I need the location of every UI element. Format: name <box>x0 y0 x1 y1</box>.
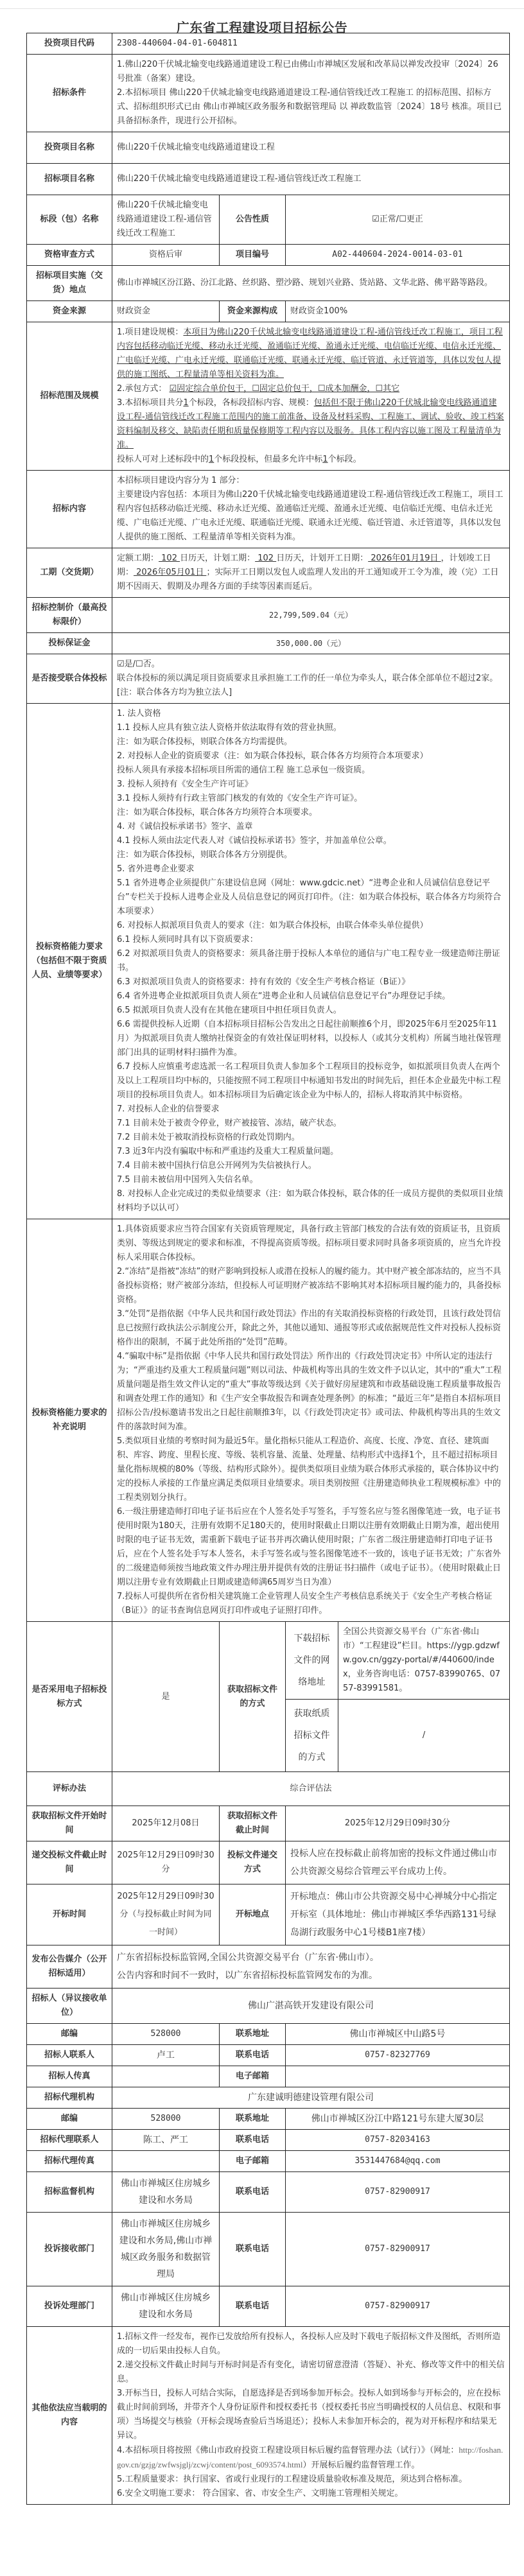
location-value: 佛山市禅城区汾江路、汾江北路、丝织路、塑沙路、规划兴业路、货站路、文华北路、佛平… <box>112 266 510 301</box>
tenderer-postcode-label: 邮编 <box>27 2024 112 2045</box>
row-control-price: 招标控制价（最高投标限价） 22,799,509.04（元） <box>27 598 510 633</box>
qualification-line: 6.4 省外进粤企业拟派项目负责人须在“进粤企业和人员诚信信息登记平台”办理登记… <box>117 989 505 1004</box>
plan-days: 102 <box>255 553 276 563</box>
row-evaluation: 评标办法 综合评估法 <box>27 1772 510 1806</box>
qualification-note: 4.“骗取中标”是指依据《中华人民共和国行政处罚法》所作出的《行政处罚决定书》中… <box>117 1350 505 1434</box>
qualification-label: 投标资格能力要求（包括但不限于资质人员、业绩等要求） <box>27 704 112 1219</box>
tender-project-name-value: 佛山220千伏城北输变电线路通道建设工程-通信管线迁改工程施工 <box>112 164 510 195</box>
complaint-handle-phone-value: 0757-82900917 <box>286 2286 510 2327</box>
row-complaint-handle: 投诉处理部门 佛山市禅城区住房城乡建设和水务局 联系电话 0757-829009… <box>27 2286 510 2327</box>
qualification-line: 7.3 近3年内没有骗取中标和严重违约及重大工程质量问题。 <box>117 1145 505 1159</box>
complaint-receive-value: 佛山市禅城区住房城乡建设和水务局,佛山市禅城区政务服务和数据管理局 <box>112 2213 220 2286</box>
paper-documents-label: 获取纸质招标文件的方式 <box>286 1700 338 1772</box>
row-supervision: 招标监督机构 佛山市禅城区住房城乡建设和水务局 联系电话 0757-829009… <box>27 2172 510 2213</box>
row-section-name: 标段（包）名称 佛山220千伏城北输变电线路通道建设工程-通信管线迁改工程施工 … <box>27 195 510 245</box>
qualification-note: 3.“处罚”是指依据《中华人民共和国行政处罚法》作出的有关取消投标资格的行政处罚… <box>117 1307 505 1350</box>
qualification-notes-label: 投标资格能力要求的补充说明 <box>27 1219 112 1622</box>
row-tender-project-name: 招标项目名称 佛山220千伏城北输变电线路通道建设工程-通信管线迁改工程施工 <box>27 164 510 195</box>
row-tender-conditions: 招标条件 1.佛山220千伏城北输变电线路通道建设工程已由佛山市禅城区发展和改革… <box>27 55 510 132</box>
complaint-receive-label: 投诉接收部门 <box>27 2213 112 2286</box>
agency-phone-value: 0757-82034163 <box>286 2130 510 2151</box>
consortium-value: ☑是/☐否。 联合体投标的须以满足项目资质要求且承担施工工作的任一单位为牵头人，… <box>112 654 510 704</box>
media-line: 广东省招标投标监管网,全国公共资源交易平台（广东省·佛山市）。 <box>117 1949 505 1967</box>
row-qualification: 投标资格能力要求（包括但不限于资质人员、业绩等要求） 1. 法人资格 1.1 投… <box>27 704 510 1219</box>
consortium-choice: ☑是/☐否。 <box>117 657 505 672</box>
qualification-line: 2. 对投标人企业的资质要求（注：如为联合体投标，联合体各方均须符合本项要求） <box>117 749 505 763</box>
top-divider <box>0 0 524 9</box>
announcement-nature-value: ☑正常/☐更正 <box>286 195 510 245</box>
control-price-value: 22,799,509.04（元） <box>112 598 510 633</box>
other-label: 其他依法应当载明的内容 <box>27 2327 112 2505</box>
investment-code-label: 投资项目代码 <box>27 33 112 55</box>
row-agency-fax: 招标代理传真 电子邮箱 3531447684@qq.com <box>27 2151 510 2172</box>
row-tenderer: 招标人（异议接收单位） 佛山广湛高铁开发建设有限公司 <box>27 1989 510 2024</box>
qualification-line: 4. 对《诚信投标承诺书》签字、盖章 <box>117 820 505 834</box>
qualification-line: 6. 对投标人拟派项目负责人的要求（注：如为联合体投标，由联合体牵头单位提供） <box>117 919 505 933</box>
opening-place-label: 开标地点 <box>220 1884 286 1945</box>
funding-composition-label: 资金来源构成 <box>220 301 286 322</box>
qualification-line: 6.2 对拟派项目负责人的资格要求：须具备注册于投标人本单位的通信与广电工程专业… <box>117 947 505 975</box>
tenderer-phone-label: 联系电话 <box>220 2045 286 2066</box>
row-scope: 招标范围及规模 1.项目建设规模：本项目为佛山220千伏城北输变电线路通道建设工… <box>27 322 510 471</box>
agency-person-label: 招标代理联系人 <box>27 2130 112 2151</box>
bid-bond-value: 350,000.00（元） <box>112 633 510 654</box>
announcement-nature-label: 公告性质 <box>220 195 286 245</box>
agency-phone-label: 联系电话 <box>220 2130 286 2151</box>
qualification-line: 6.6 需提供投标人近期（自本招标项目招标公告发出之日起往前顺推6个月，即202… <box>117 1018 505 1060</box>
tender-announcement-table: 投资项目代码 2308-440604-04-01-604811 招标条件 1.佛… <box>26 33 510 2505</box>
qualification-line: 注：如为联合体投标，则联合体各方均需提供。 <box>117 735 505 749</box>
content-line: 本招标项目建设内容分为 1 部分： <box>117 474 505 488</box>
supervision-label: 招标监督机构 <box>27 2172 112 2213</box>
row-e-bidding: 是否采用电子招标投标方式 是 获取招标文件的方式 下载招标文件的网络地址 全国公… <box>27 1622 510 1700</box>
obtain-start-value: 2025年12月08日 <box>112 1806 220 1841</box>
qualification-note: 5.类似项目业绩的考察时间为最近5年。量化指标只能从工程造价、高度、长度、净宽、… <box>117 1434 505 1505</box>
qualification-line: 1.1 投标人应具有独立法人资格并依法取得有效的营业执照。 <box>117 721 505 735</box>
project-number-value: A02-440604-2024-0014-03-01 <box>286 245 510 266</box>
page-bottom-spacer <box>0 2505 524 2538</box>
row-agency: 招标代理机构 广东建诚明德建设管理有限公司 <box>27 2087 510 2109</box>
row-complaint-receive: 投诉接收部门 佛山市禅城区住房城乡建设和水务局,佛山市禅城区政务服务和数据管理局… <box>27 2213 510 2286</box>
qualification-review-value: 资格后审 <box>112 245 220 266</box>
media-label: 发布公告媒介（公开招标适用） <box>27 1945 112 1989</box>
funding-label: 资金来源 <box>27 301 112 322</box>
end-date: 2026年05月01日 <box>134 568 206 577</box>
tenderer-label: 招标人（异议接收单位） <box>27 1989 112 2024</box>
agency-person-value: 陈工、严工 <box>112 2130 220 2151</box>
row-qualification-review: 资格审查方式 资格后审 项目编号 A02-440604-2024-0014-03… <box>27 245 510 266</box>
paper-documents-value: / <box>338 1700 510 1772</box>
consortium-note: 联合体投标的须以满足项目资质要求且承担施工工作的任一单位为牵头人，联合体全部单位… <box>117 672 505 700</box>
project-number-label: 项目编号 <box>220 245 286 266</box>
qualification-line: 注：如为联合体投标，则联合体各方分别提供。 <box>117 848 505 862</box>
qualification-line: 3.1 投标人须持有行政主管部门核发的有效的《安全生产许可证》。 <box>117 792 505 806</box>
row-media: 发布公告媒介（公开招标适用） 广东省招标投标监管网,全国公共资源交易平台（广东省… <box>27 1945 510 1989</box>
agency-value: 广东建诚明德建设管理有限公司 <box>112 2087 510 2109</box>
other-line: 5.工程质量要求：执行国家、省或行业现行的工程建设质量验收标准及规范，须达到合格… <box>117 2473 505 2487</box>
scope-line-2-prefix: 2.承包方式： <box>117 384 166 394</box>
qualification-line: 7.5 目前未被信用中国列入失信名单。 <box>117 1173 505 1187</box>
media-line: 公告内容和时间不一致时，以广东省招标投标监管网发布的为准。 <box>117 1967 505 1985</box>
qualification-line: 7.1 目前未处于被责令停业，财产被接管、冻结，破产状态。 <box>117 1117 505 1131</box>
complaint-receive-phone-value: 0757-82900917 <box>286 2213 510 2286</box>
duration-text: 日历天，计划工期： <box>180 553 255 563</box>
investment-name-label: 投资项目名称 <box>27 132 112 164</box>
tenderer-email-label: 电子邮箱 <box>220 2066 286 2087</box>
page-title: 广东省工程建设项目招标公告 <box>0 9 524 33</box>
qualification-line: 8. 对投标人企业完成过的类似业绩要求（注：如为联合体投标，联合体的任一成员方提… <box>117 1187 505 1215</box>
consortium-label: 是否接受联合体投标 <box>27 654 112 704</box>
scope-line-4-c: 个标段。 <box>328 455 362 464</box>
other-line: 4.本招标项目将按照《佛山市政府投资工程建设项目标后履约监督管理办法（试行）》（… <box>117 2443 505 2473</box>
tenderer-value: 佛山广湛高铁开发建设有限公司 <box>112 1989 510 2024</box>
content-line: 主要建设内容包括：本项目为佛山220千伏城北输变电线路通道建设工程-通信管线迁改… <box>117 488 505 544</box>
content-value: 本招标项目建设内容分为 1 部分： 主要建设内容包括：本项目为佛山220千伏城北… <box>112 471 510 548</box>
duration-label: 工期（交货期） <box>27 548 112 598</box>
scope-line-4-a: 投标人可对上述标段中的 <box>117 455 209 464</box>
supervision-value: 佛山市禅城区住房城乡建设和水务局 <box>112 2172 220 2213</box>
tender-condition-line: 2.本招标项目 佛山220千伏城北输变电线路通道建设工程-通信管线迁改工程施工 … <box>117 86 505 128</box>
qualification-notes-value: 1.具体资质要求应当符合国家有关资质管理规定，具备行政主管部门核发的合法有效的资… <box>112 1219 510 1622</box>
qualification-value: 1. 法人资格 1.1 投标人应具有独立法人资格并依法取得有效的营业执照。 注：… <box>112 704 510 1219</box>
tender-conditions-value: 1.佛山220千伏城北输变电线路通道建设工程已由佛山市禅城区发展和改革局以禅发改… <box>112 55 510 132</box>
other-line: 1.招标文件一经发布，视作已发放给所有投标人，各投标人应及时下载电子版招标文件及… <box>117 2330 505 2358</box>
qualification-line: 5. 省外进粤企业要求 <box>117 862 505 876</box>
contract-type-options: ☑固定综合单价包干，☐固定总价包干，☐成本加酬金，☐其它 <box>170 384 400 394</box>
content-label: 招标内容 <box>27 471 112 548</box>
media-value: 广东省招标投标监管网,全国公共资源交易平台（广东省·佛山市）。 公告内容和时间不… <box>112 1945 510 1989</box>
qualification-line: 7. 对投标人企业的信誉要求 <box>117 1102 505 1117</box>
location-label: 招标项目实施（交货）地点 <box>27 266 112 301</box>
qualification-note: 2.“冻结”是指被“冻结”的财产影响到投标人或潜在投标人的履约能力。其中财产被全… <box>117 1265 505 1307</box>
tenderer-address-value: 佛山市禅城区中山路5号 <box>286 2024 510 2045</box>
qualification-line: 1. 法人资格 <box>117 707 505 721</box>
other-line-4-suffix: ）开展标后履约监督管理工作。 <box>302 2460 419 2470</box>
qualification-line: 3. 投标人须持有《安全生产许可证》 <box>117 778 505 792</box>
qualification-line: 6.1 投标人须同时具有以下资质要求： <box>117 933 505 947</box>
row-agency-person: 招标代理联系人 陈工、严工 联系电话 0757-82034163 <box>27 2130 510 2151</box>
row-investment-code: 投资项目代码 2308-440604-04-01-604811 <box>27 33 510 55</box>
qualification-line: 投标人须具有承接本招标项目所需的通信工程 施工总承包一级资质。 <box>117 763 505 778</box>
tender-condition-line: 1.佛山220千伏城北输变电线路通道建设工程已由佛山市禅城区发展和改革局以禅发改… <box>117 58 505 86</box>
row-agency-postcode: 邮编 528000 联系地址 佛山市禅城区汾江中路121号东建大厦30层 <box>27 2109 510 2130</box>
complaint-handle-label: 投诉处理部门 <box>27 2286 112 2327</box>
scope-line-4-b: 个标段投标，但最多允许中标 <box>214 455 322 464</box>
qualification-line: 7.4 目前未被中国执行信息公开网列为失信被执行人。 <box>117 1159 505 1173</box>
supervision-phone-value: 0757-82900917 <box>286 2172 510 2213</box>
row-consortium: 是否接受联合体投标 ☑是/☐否。 联合体投标的须以满足项目资质要求且承担施工工作… <box>27 654 510 704</box>
opening-time-label: 开标时间 <box>27 1884 112 1945</box>
scope-value: 1.项目建设规模：本项目为佛山220千伏城北输变电线路通道建设工程-通信管线迁改… <box>112 322 510 471</box>
agency-fax-label: 招标代理传真 <box>27 2151 112 2172</box>
opening-time-value: 2025年12月29日09时30分（与投标截止时间为同一时间） <box>112 1884 220 1945</box>
e-bidding-value: 是 <box>112 1622 220 1772</box>
complaint-receive-phone-label: 联系电话 <box>220 2213 286 2286</box>
agency-email-label: 电子邮箱 <box>220 2151 286 2172</box>
tenderer-person-value: 卢工 <box>112 2045 220 2066</box>
scope-line-4: 投标人可对上述标段中的1个标段投标，但最多允许中标1个标段。 <box>117 453 505 467</box>
section-count: 1 <box>183 398 188 408</box>
section-name-label: 标段（包）名称 <box>27 195 112 245</box>
tenderer-fax-label: 招标人传真 <box>27 2066 112 2087</box>
evaluation-value: 综合评估法 <box>112 1772 510 1806</box>
evaluation-label: 评标办法 <box>27 1772 112 1806</box>
qualification-note: 6.一级注册建造师打印电子证书后应在个人签名处手写签名，手写签名应与签名图像笔迹… <box>117 1505 505 1590</box>
agency-label: 招标代理机构 <box>27 2087 112 2109</box>
bid-bond-label: 投标保证金 <box>27 633 112 654</box>
win-section-count: 1 <box>322 455 327 464</box>
duration-value: 定额工期： 102 日历天，计划工期： 102 日历天，计划开工日期： 2026… <box>112 548 510 598</box>
supervision-phone-label: 联系电话 <box>220 2172 286 2213</box>
scope-label: 招标范围及规模 <box>27 322 112 471</box>
agency-address-value: 佛山市禅城区汾江中路121号东建大厦30层 <box>286 2109 510 2130</box>
obtain-start-label: 获取招标文件开始时间 <box>27 1806 112 1841</box>
tenderer-person-label: 招标人联系人 <box>27 2045 112 2066</box>
row-tenderer-fax: 招标人传真 电子邮箱 <box>27 2066 510 2087</box>
row-funding: 资金来源 财政资金 资金来源构成 财政资金100% <box>27 301 510 322</box>
qualification-note: 7.投标人可提供所在省份相关建筑施工企业管理人员安全生产考核信息系统关于《安全生… <box>117 1590 505 1618</box>
scope-line-3-mid: 个标段，各标段招标内容、规模： <box>189 398 314 408</box>
control-price-label: 招标控制价（最高投标限价） <box>27 598 112 633</box>
obtain-end-label: 获取招标文件截止时间 <box>220 1806 286 1841</box>
start-date: 2026年01月19日 <box>368 553 441 563</box>
investment-code-value: 2308-440604-04-01-604811 <box>112 33 510 55</box>
funding-composition-value: 财政资金100% <box>286 301 510 322</box>
row-investment-name: 投资项目名称 佛山220千伏城北输变电线路通道建设工程 <box>27 132 510 164</box>
qualification-review-label: 资格审查方式 <box>27 245 112 266</box>
quota-days: 102 <box>159 553 180 563</box>
qualification-line: 注：如为联合体投标，联合体各方均须符合本项要求。 <box>117 806 505 820</box>
row-qualification-notes: 投标资格能力要求的补充说明 1.具体资质要求应当符合国家有关资质管理规定，具备行… <box>27 1219 510 1622</box>
obtain-end-value: 2025年12月29日09时30分 <box>286 1806 510 1841</box>
row-tenderer-person: 招标人联系人 卢工 联系电话 0757-82327769 <box>27 2045 510 2066</box>
submission-deadline-label: 递交投标文件截止时间 <box>27 1841 112 1884</box>
qualification-line: 6.5 拟派项目负责人没有在其他在建项目中担任项目负责人。 <box>117 1004 505 1018</box>
agency-postcode-value: 528000 <box>112 2109 220 2130</box>
row-duration: 工期（交货期） 定额工期： 102 日历天，计划工期： 102 日历天，计划开工… <box>27 548 510 598</box>
other-line: 6.安全文明施工要求： 符合国家、省、市安全生产、文明施工管理相关规定。 <box>117 2487 505 2501</box>
row-location: 招标项目实施（交货）地点 佛山市禅城区汾江路、汾江北路、丝织路、塑沙路、规划兴业… <box>27 266 510 301</box>
other-line: 2.递交投标文件截止时间与开标时间是否有变化，请密切留意澄清（答疑）、补充、修改… <box>117 2358 505 2387</box>
agency-fax-value <box>112 2151 220 2172</box>
agency-email-value[interactable]: 3531447684@qq.com <box>286 2151 510 2172</box>
scope-line-3-prefix: 3.本招标项目共分 <box>117 398 183 408</box>
row-submission: 递交投标文件截止时间 2025年12月29日09时30分 投标文件递交方式 投标… <box>27 1841 510 1884</box>
scope-line-1-prefix: 1.项目建设规模： <box>117 327 183 337</box>
tenderer-postcode-value: 528000 <box>112 2024 220 2045</box>
row-content: 招标内容 本招标项目建设内容分为 1 部分： 主要建设内容包括：本项目为佛山22… <box>27 471 510 548</box>
row-obtain-time: 获取招标文件开始时间 2025年12月08日 获取招标文件截止时间 2025年1… <box>27 1806 510 1841</box>
agency-postcode-label: 邮编 <box>27 2109 112 2130</box>
scope-line-1: 1.项目建设规模：本项目为佛山220千伏城北输变电线路通道建设工程-通信管线迁改… <box>117 326 505 382</box>
tenderer-fax-value <box>112 2066 220 2087</box>
e-bidding-label: 是否采用电子招标投标方式 <box>27 1622 112 1772</box>
complaint-handle-phone-label: 联系电话 <box>220 2286 286 2327</box>
submission-method-label: 投标文件递交方式 <box>220 1841 286 1884</box>
row-opening: 开标时间 2025年12月29日09时30分（与投标截止时间为同一时间） 开标地… <box>27 1884 510 1945</box>
qualification-note: 1.具体资质要求应当符合国家有关资质管理规定，具备行政主管部门核发的合法有效的资… <box>117 1223 505 1265</box>
tenderer-email-value <box>286 2066 510 2087</box>
row-bid-bond: 投标保证金 350,000.00（元） <box>27 633 510 654</box>
row-other: 其他依法应当载明的内容 1.招标文件一经发布，视作已发放给所有投标人，各投标人应… <box>27 2327 510 2505</box>
tenderer-phone-value: 0757-82327769 <box>286 2045 510 2066</box>
row-tenderer-postcode: 邮编 528000 联系地址 佛山市禅城区中山路5号 <box>27 2024 510 2045</box>
funding-value: 财政资金 <box>112 301 220 322</box>
qualification-line: 5.1 省外进粤企业须提供广东建设信息网（网址：www.gdcic.net）“进… <box>117 876 505 919</box>
agency-address-label: 联系地址 <box>220 2109 286 2130</box>
download-address-value[interactable]: 全国公共资源交易平台（广东省·佛山市）“工程建设”栏目。https://ygp.… <box>338 1622 510 1700</box>
submission-deadline-value: 2025年12月29日09时30分 <box>112 1841 220 1884</box>
other-line: 3.开标当日，投标人可结合实际，自愿选择是否到场参加开标会。投标人如到场参与开标… <box>117 2387 505 2443</box>
qualification-line: 6.7 投标人应慎重考虑选派一名工程项目负责人参加多个工程项目的投标竞争，如拟派… <box>117 1060 505 1102</box>
scope-line-2: 2.承包方式： ☑固定综合单价包干，☐固定总价包干，☐成本加酬金，☐其它 <box>117 382 505 396</box>
scope-line-3: 3.本招标项目共分1个标段，各标段招标内容、规模：包括但不限于佛山220千伏城北… <box>117 396 505 453</box>
qualification-line: 7.2 目前未处于被取消投标资格的行政处罚期内。 <box>117 1131 505 1145</box>
duration-text: 定额工期： <box>117 553 159 563</box>
duration-text: 日历天，计划开工日期： <box>276 553 368 563</box>
tender-project-name-label: 招标项目名称 <box>27 164 112 195</box>
section-name-value: 佛山220千伏城北输变电线路通道建设工程-通信管线迁改工程施工 <box>112 195 220 245</box>
qualification-line: 4.1 投标人须由法定代表人对《诚信投标承诺书》签字，并加盖单位公章。 <box>117 834 505 848</box>
other-value: 1.招标文件一经发布，视作已发放给所有投标人，各投标人应及时下载电子版招标文件及… <box>112 2327 510 2505</box>
obtain-method-label: 获取招标文件的方式 <box>220 1622 286 1772</box>
download-address-label: 下载招标文件的网络地址 <box>286 1622 338 1700</box>
qualification-line: 6.3 对拟派项目负责人的资格要求：持有有效的《安全生产考核合格证（B证）》 <box>117 975 505 989</box>
investment-name-value: 佛山220千伏城北输变电线路通道建设工程 <box>112 132 510 164</box>
tender-conditions-label: 招标条件 <box>27 55 112 132</box>
complaint-handle-value: 佛山市禅城区住房城乡建设和水务局 <box>112 2286 220 2327</box>
submission-method-value: 投标人应在投标截止前将加密的投标文件通过佛山市公共资源交易综合管理云平台成功上传… <box>286 1841 510 1884</box>
other-line-4-prefix: 4.本招标项目将按照《佛山市政府投资工程建设项目标后履约监督管理办法（试行）》（… <box>117 2446 459 2455</box>
tenderer-address-label: 联系地址 <box>220 2024 286 2045</box>
opening-place-value: 开标地点：佛山市公共资源交易中心禅城分中心指定开标室（具体地址：佛山市禅城区季华… <box>286 1884 510 1945</box>
